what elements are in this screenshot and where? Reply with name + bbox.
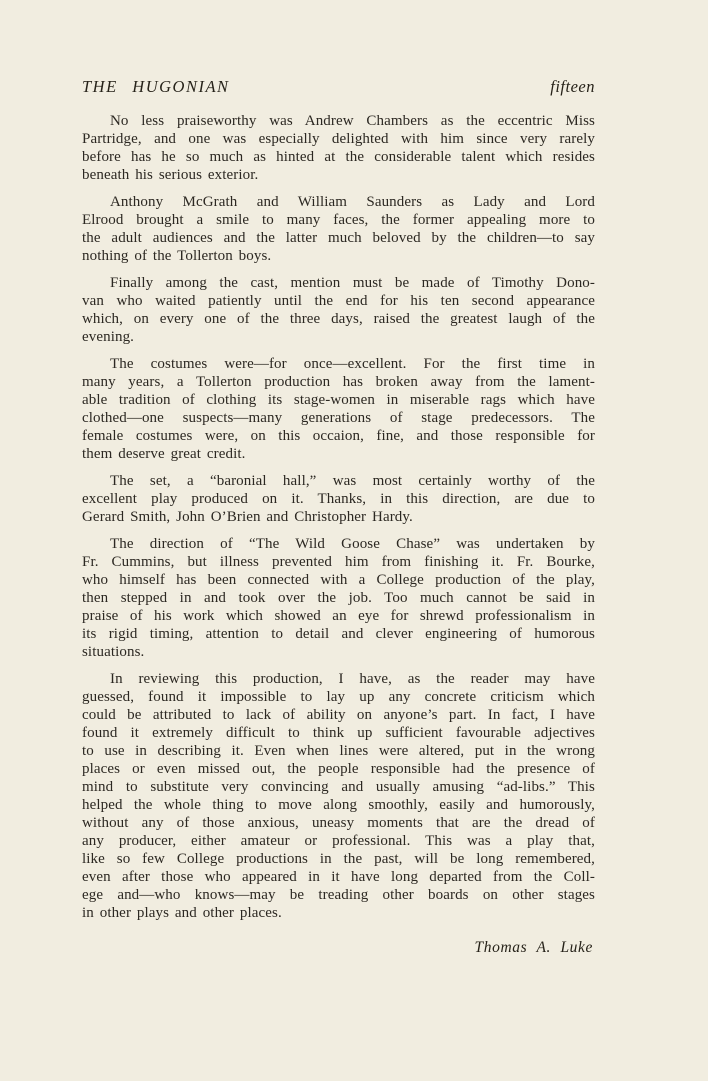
- text-line: the adult audiences and the latter much …: [82, 229, 595, 247]
- text-line: situations.: [82, 643, 595, 661]
- page-number: fifteen: [550, 78, 595, 95]
- text-line: which, on every one of the three days, r…: [82, 310, 595, 328]
- text-line: its rigid timing, attention to detail an…: [82, 625, 595, 643]
- text-line: Partridge, and one was especially deligh…: [82, 130, 595, 148]
- paragraph: Anthony McGrath and William Saunders as …: [82, 193, 595, 265]
- paragraph: Finally among the cast, mention must be …: [82, 274, 595, 346]
- text-line: The set, a “baronial hall,” was most cer…: [82, 472, 595, 490]
- text-line: Anthony McGrath and William Saunders as …: [82, 193, 595, 211]
- text-line: female costumes were, on this occaion, f…: [82, 427, 595, 445]
- text-line: them deserve great credit.: [82, 445, 595, 463]
- text-line: nothing of the Tollerton boys.: [82, 247, 595, 265]
- paragraph: The costumes were—for once—excellent. Fo…: [82, 355, 595, 463]
- text-line: The direction of “The Wild Goose Chase” …: [82, 535, 595, 553]
- text-line: evening.: [82, 328, 595, 346]
- text-line: found it extremely difficult to think up…: [82, 724, 595, 742]
- paragraph: In reviewing this production, I have, as…: [82, 670, 595, 922]
- text-line: in other plays and other places.: [82, 904, 595, 922]
- text-line: helped the whole thing to move along smo…: [82, 796, 595, 814]
- text-line: any producer, either amateur or professi…: [82, 832, 595, 850]
- text-line: The costumes were—for once—excellent. Fo…: [82, 355, 595, 373]
- text-line: Elrood brought a smile to many faces, th…: [82, 211, 595, 229]
- text-line: without any of those anxious, uneasy mom…: [82, 814, 595, 832]
- text-line: then stepped in and took over the job. T…: [82, 589, 595, 607]
- text-line: In reviewing this production, I have, as…: [82, 670, 595, 688]
- text-line: mind to substitute very convincing and u…: [82, 778, 595, 796]
- article-body: No less praiseworthy was Andrew Chambers…: [82, 112, 595, 922]
- text-line: even after those who appeared in it have…: [82, 868, 595, 886]
- text-line: praise of his work which showed an eye f…: [82, 607, 595, 625]
- text-line: could be attributed to lack of ability o…: [82, 706, 595, 724]
- text-line: who himself has been connected with a Co…: [82, 571, 595, 589]
- text-line: beneath his serious exterior.: [82, 166, 595, 184]
- text-line: ege and—who knows—may be treading other …: [82, 886, 595, 904]
- text-line: van who waited patiently until the end f…: [82, 292, 595, 310]
- text-line: to use in describing it. Even when lines…: [82, 742, 595, 760]
- text-line: before has he so much as hinted at the c…: [82, 148, 595, 166]
- text-line: like so few College productions in the p…: [82, 850, 595, 868]
- text-line: places or even missed out, the people re…: [82, 760, 595, 778]
- scanned-page: THE HUGONIAN fifteen No less praiseworth…: [0, 0, 708, 1081]
- author-signature: Thomas A. Luke: [82, 939, 595, 957]
- paragraph: No less praiseworthy was Andrew Chambers…: [82, 112, 595, 184]
- text-line: Gerard Smith, John O’Brien and Christoph…: [82, 508, 595, 526]
- text-line: able tradition of clothing its stage-wom…: [82, 391, 595, 409]
- text-line: Finally among the cast, mention must be …: [82, 274, 595, 292]
- text-line: excellent play produced on it. Thanks, i…: [82, 490, 595, 508]
- text-line: Fr. Cummins, but illness prevented him f…: [82, 553, 595, 571]
- journal-title: THE HUGONIAN: [82, 78, 230, 95]
- running-header: THE HUGONIAN fifteen: [82, 78, 595, 95]
- text-line: many years, a Tollerton production has b…: [82, 373, 595, 391]
- paragraph: The set, a “baronial hall,” was most cer…: [82, 472, 595, 526]
- text-line: guessed, found it impossible to lay up a…: [82, 688, 595, 706]
- text-line: No less praiseworthy was Andrew Chambers…: [82, 112, 595, 130]
- text-column: THE HUGONIAN fifteen No less praiseworth…: [82, 78, 595, 957]
- paragraph: The direction of “The Wild Goose Chase” …: [82, 535, 595, 661]
- text-line: clothed—one suspects—many generations of…: [82, 409, 595, 427]
